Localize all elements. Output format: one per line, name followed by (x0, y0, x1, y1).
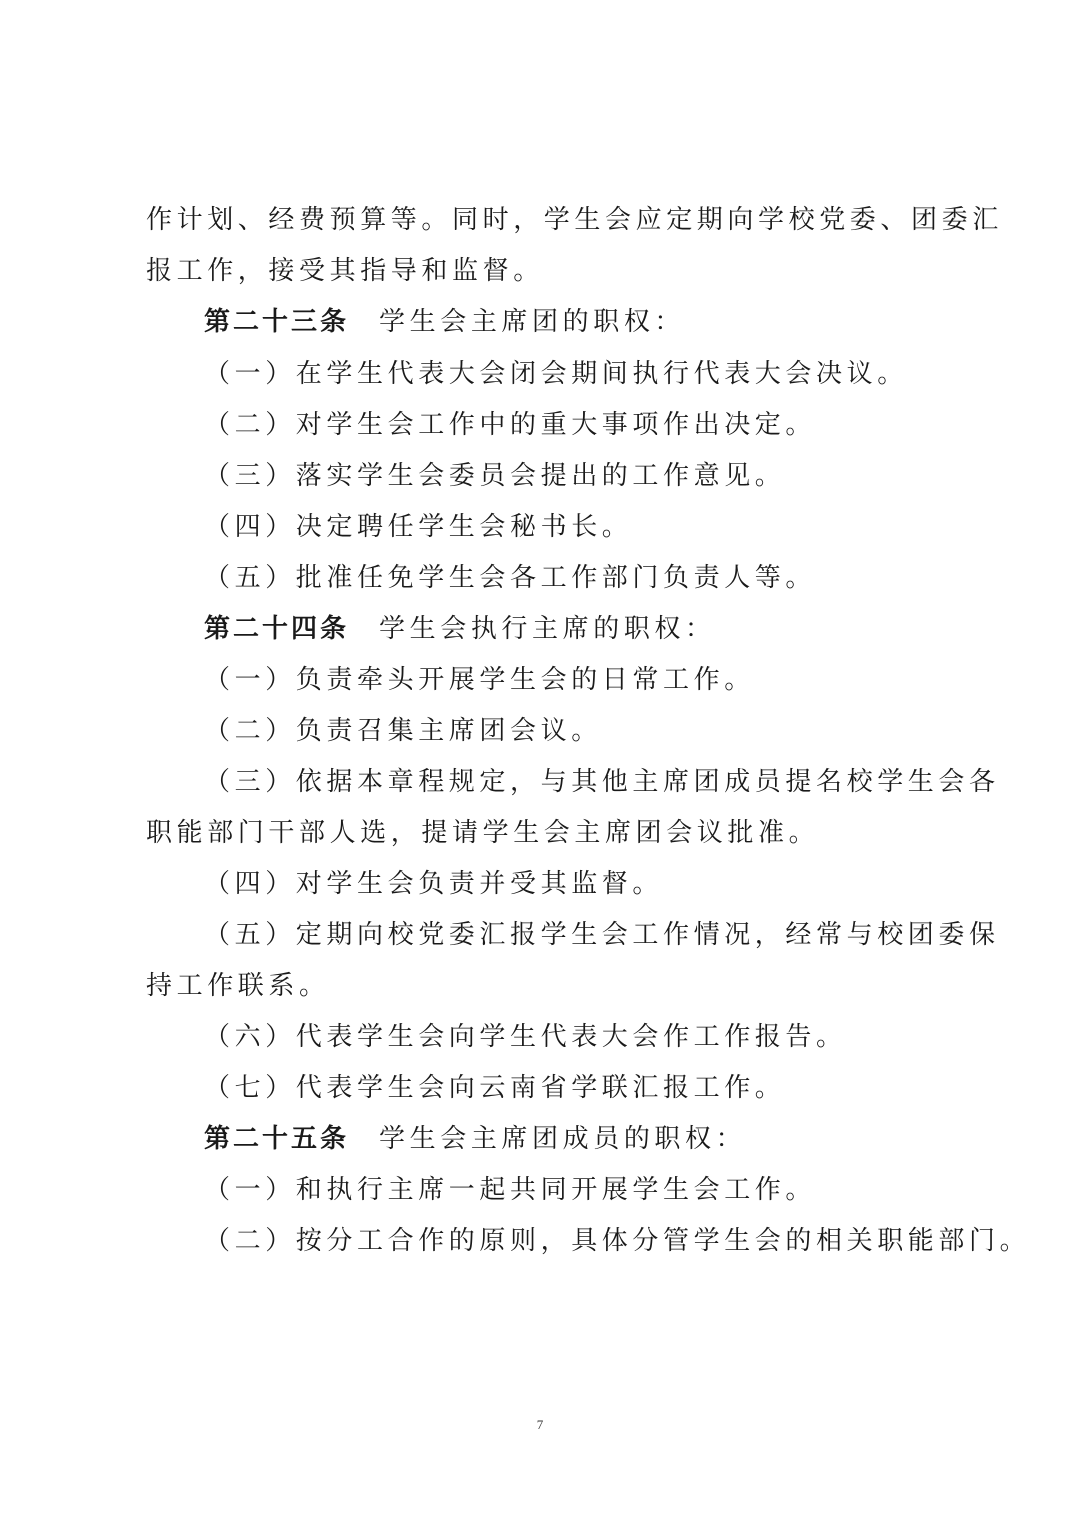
list-item: （四）对学生会负责并受其监督。 (204, 869, 663, 899)
list-item: （二）对学生会工作中的重大事项作出决定。 (204, 410, 816, 440)
article-number: 第二十三条 (204, 307, 349, 337)
list-item: （三）落实学生会委员会提出的工作意见。 (204, 461, 785, 491)
list-item: （六）代表学生会向学生代表大会作工作报告。 (204, 1022, 847, 1052)
article-number: 第二十五条 (204, 1124, 349, 1154)
list-item: （二）按分工合作的原则，具体分管学生会的相关职能部门。 (204, 1226, 1030, 1256)
list-item: （二）负责召集主席团会议。 (204, 716, 602, 746)
document-page: 作计划、经费预算等。同时，学生会应定期向学校党委、团委汇 报工作，接受其指导和监… (0, 0, 1080, 1527)
list-item: （四）决定聘任学生会秘书长。 (204, 512, 632, 542)
list-item: （七）代表学生会向云南省学联汇报工作。 (204, 1073, 785, 1103)
list-item-continuation: 职能部门干部人选，提请学生会主席团会议批准。 (146, 818, 819, 848)
page-number: 7 (0, 1417, 1080, 1433)
article-title: 学生会主席团的职权： (379, 307, 685, 337)
article-heading: 第二十三条学生会主席团的职权： (204, 307, 685, 337)
list-item: （一）在学生代表大会闭会期间执行代表大会决议。 (204, 359, 908, 389)
list-item: （一）和执行主席一起共同开展学生会工作。 (204, 1175, 816, 1205)
list-item: （五）定期向校党委汇报学生会工作情况，经常与校团委保 (204, 920, 1000, 950)
list-item: （五）批准任免学生会各工作部门负责人等。 (204, 563, 816, 593)
article-heading: 第二十五条学生会主席团成员的职权： (204, 1124, 746, 1154)
article-number: 第二十四条 (204, 614, 349, 644)
article-title: 学生会执行主席的职权： (379, 614, 716, 644)
paragraph-line: 报工作，接受其指导和监督。 (146, 256, 544, 286)
list-item: （一）负责牵头开展学生会的日常工作。 (204, 665, 755, 695)
paragraph-line: 作计划、经费预算等。同时，学生会应定期向学校党委、团委汇 (146, 205, 1003, 235)
article-heading: 第二十四条学生会执行主席的职权： (204, 614, 716, 644)
article-title: 学生会主席团成员的职权： (379, 1124, 746, 1154)
list-item: （三）依据本章程规定，与其他主席团成员提名校学生会各 (204, 767, 1000, 797)
list-item-continuation: 持工作联系。 (146, 971, 330, 1001)
